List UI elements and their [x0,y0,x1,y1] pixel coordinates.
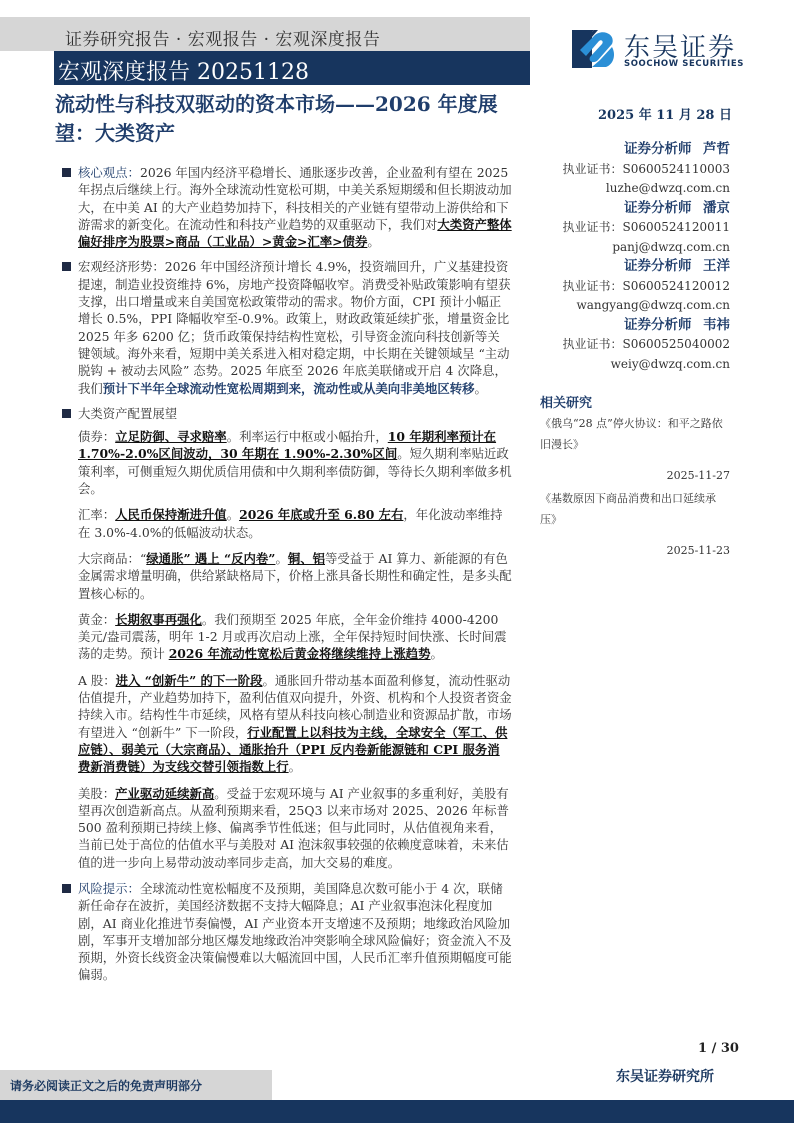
risk-warning: 风险提示：全球流动性宽松幅度不及预期，美国降息次数可能小于 4 次，联储新任命存… [62,880,512,984]
related-research-link[interactable]: 《俄乌“28 点”停火协议：和平之路依旧漫长》 [540,413,730,455]
category-band: 证券研究报告 · 宏观报告 · 宏观深度报告 [0,17,530,51]
gold-paragraph: 黄金：长期叙事再强化。我们预期至 2025 年底，全年金价维持 4000-420… [62,611,512,663]
footer-institute: 东吴证券研究所 [616,1066,714,1086]
analyst-card: 证券分析师 潘京 执业证书：S0600524120011 panj@dwzq.c… [540,199,730,258]
report-type-bar: 宏观深度报告 20251128 [54,51,530,85]
report-type-label: 宏观深度报告 20251128 [58,55,309,86]
related-research-date: 2025-11-23 [540,544,730,557]
related-research-link[interactable]: 《基数原因下商品消费和出口延续承压》 [540,488,730,530]
related-research-title: 相关研究 [540,392,730,411]
brand-name-en: SOOCHOW SECURITIES [624,59,744,69]
us-equity-paragraph: 美股：产业驱动延续新高。受益于宏观环境与 AI 产业叙事的多重利好，美股有望再次… [62,785,512,871]
analyst-card: 证券分析师 芦哲 执业证书：S0600524110003 luzhe@dwzq.… [540,140,730,199]
analyst-card: 证券分析师 韦祎 执业证书：S0600525040002 weiy@dwzq.c… [540,316,730,375]
commodities-paragraph: 大宗商品：“绿通胀” 遇上 “反内卷”。铜、铝等受益于 AI 算力、新能源的有色… [62,550,512,602]
brand-logo: 东吴证券 SOOCHOW SECURITIES [572,30,767,70]
report-title: 流动性与科技双驱动的资本市场——2026 年度展望：大类资产 [55,90,525,148]
bullet-square-icon [62,262,71,271]
macro-outlook: 宏观经济形势：2026 年中国经济预计增长 4.9%，投资端回升，广义基建投资提… [62,258,512,396]
main-content: 核心观点：2026 年国内经济平稳增长、通胀逐步改善，企业盈利有望在 2025 … [62,164,512,992]
bullet-square-icon [62,168,71,177]
sidebar: 证券分析师 芦哲 执业证书：S0600524110003 luzhe@dwzq.… [540,140,730,563]
fx-paragraph: 汇率：人民币保持渐进升值。2026 年底或升至 6.80 左右，年化波动率维持在… [62,506,512,541]
a-share-paragraph: A 股：进入 “创新牛” 的下一阶段。通胀回升带动基本面盈利修复，流动性驱动估值… [62,672,512,776]
analyst-email[interactable]: panj@dwzq.com.cn [540,238,730,258]
breadcrumb: 证券研究报告 · 宏观报告 · 宏观深度报告 [65,25,380,50]
page-number: 1 / 30 [698,1041,739,1056]
analyst-email[interactable]: luzhe@dwzq.com.cn [540,179,730,199]
analyst-email[interactable]: weiy@dwzq.com.cn [540,355,730,375]
allocation-heading: 大类资产配置展望 [62,405,512,422]
related-research-date: 2025-11-27 [540,469,730,482]
analyst-card: 证券分析师 王洋 执业证书：S0600524120012 wangyang@dw… [540,257,730,316]
disclaimer-text: 请务必阅读正文之后的免责声明部分 [10,1077,202,1094]
disclaimer-band: 请务必阅读正文之后的免责声明部分 [0,1070,272,1100]
core-view: 核心观点：2026 年国内经济平稳增长、通胀逐步改善，企业盈利有望在 2025 … [62,164,512,250]
report-date: 2025 年 11 月 28 日 [598,104,732,123]
bullet-square-icon [62,884,71,893]
bullet-square-icon [62,409,71,418]
analyst-email[interactable]: wangyang@dwzq.com.cn [540,296,730,316]
soochow-logo-icon [572,30,618,68]
footer-bar [0,1100,794,1123]
bonds-paragraph: 债券：立足防御、寻求赔率。利率运行中枢或小幅抬升，10 年期利率预计在 1.70… [62,428,512,497]
